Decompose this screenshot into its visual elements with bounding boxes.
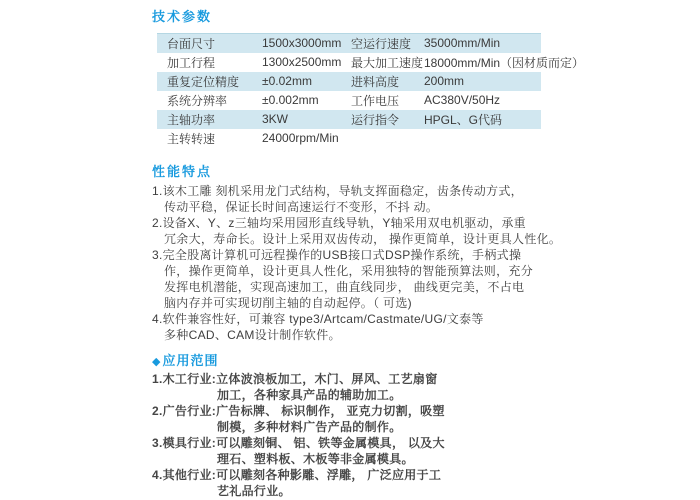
spec-value: 1500x3000mm [252, 34, 341, 53]
feature-item-line: 4.软件兼容性好，可兼容 type3/Artcam/Castmate/UG/文泰… [152, 311, 582, 327]
spec-label: 主转转速 [157, 129, 252, 148]
application-item-line: 艺礼品行业。 [152, 483, 582, 499]
feature-item-line: 脑内存并可实现切削主轴的自动起停。（ 可选) [152, 295, 582, 311]
feature-item: 1.该木工雕 刻机采用龙门式结构，导轨支挥面稳定，齿条传动方式，传动平稳，保证长… [152, 183, 582, 215]
specs-section-title: 技术参数 [152, 10, 582, 24]
applications-title-text: 应用范围 [162, 353, 218, 368]
spec-label: 系统分辨率 [157, 91, 252, 110]
features-list: 1.该木工雕 刻机采用龙门式结构，导轨支挥面稳定，齿条传动方式，传动平稳，保证长… [152, 183, 582, 343]
features-section-title: 性能特点 [152, 165, 582, 179]
application-item-line: 理石、塑料板、木板等非金属模具。 [152, 451, 582, 467]
specs-row: 主轴功率3KW运行指令HPGL、G代码 [157, 110, 541, 129]
page: 技术参数 台面尺寸1500x3000mm空运行速度35000mm/Min加工行程… [0, 0, 700, 500]
application-item: 2.广告行业:广告标牌、 标识制作， 亚克力切割，吸塑制模，多种材料广告产品的制… [152, 403, 582, 435]
application-item: 1.木工行业:立体波浪板加工，木门、屏风、工艺扇窗加工，各种家具产品的辅助加工。 [152, 371, 582, 403]
spec-label: 进料高度 [341, 72, 414, 91]
spec-value: 18000mm/Min（因材质而定） [414, 53, 541, 72]
specs-row: 重复定位精度±0.02mm进料高度200mm [157, 72, 541, 91]
feature-item: 2.设备X、Y、z三轴均采用园形直线导轨，Y轴采用双电机驱动，承重冗余大，寿命长… [152, 215, 582, 247]
specs-row: 加工行程1300x2500mm最大加工速度18000mm/Min（因材质而定） [157, 53, 541, 72]
spec-value: 24000rpm/Min [252, 129, 341, 148]
application-item: 3.模具行业:可以雕刻铜、 铝、铁等金属模具， 以及大理石、塑料板、木板等非金属… [152, 435, 582, 467]
feature-item: 4.软件兼容性好，可兼容 type3/Artcam/Castmate/UG/文泰… [152, 311, 582, 343]
spec-value [414, 129, 541, 148]
diamond-bullet-icon: ◆ [152, 356, 160, 368]
feature-item-line: 2.设备X、Y、z三轴均采用园形直线导轨，Y轴采用双电机驱动，承重 [152, 215, 582, 231]
application-item-line: 1.木工行业:立体波浪板加工，木门、屏风、工艺扇窗 [152, 371, 582, 387]
specs-row: 台面尺寸1500x3000mm空运行速度35000mm/Min [157, 34, 541, 53]
specs-row: 系统分辨率±0.002mm工作电压AC380V/50Hz [157, 91, 541, 110]
application-item-line: 4.其他行业:可以雕刻各种影雕、浮雕， 广泛应用于工 [152, 467, 582, 483]
spec-value: 200mm [414, 72, 541, 91]
application-item-line: 制模，多种材料广告产品的制作。 [152, 419, 582, 435]
feature-item-line: 作，操作更简单，设计更具人性化，采用独特的智能预算法则，充分 [152, 263, 582, 279]
feature-item-line: 多种CAD、CAM设计制作软件。 [152, 327, 582, 343]
application-item-line: 加工，各种家具产品的辅助加工。 [152, 387, 582, 403]
feature-item-line: 1.该木工雕 刻机采用龙门式结构，导轨支挥面稳定，齿条传动方式， [152, 183, 582, 199]
feature-item-line: 传动平稳，保证长时间高速运行不变形，不抖 动。 [152, 199, 582, 215]
spec-label [341, 129, 414, 148]
spec-value: 3KW [252, 110, 341, 129]
spec-label: 空运行速度 [341, 34, 414, 53]
spec-label: 主轴功率 [157, 110, 252, 129]
spec-value: ±0.002mm [252, 91, 341, 110]
spec-value: 35000mm/Min [414, 34, 541, 53]
application-item: 4.其他行业:可以雕刻各种影雕、浮雕， 广泛应用于工艺礼品行业。 [152, 467, 582, 499]
feature-item-line: 冗余大，寿命长。设计上采用双齿传动， 操作更简单，设计更具人性化。 [152, 231, 582, 247]
feature-item-line: 3.完全股离计算机可远程操作的USB接口式DSP操作系统，手柄式操 [152, 247, 582, 263]
spec-label: 最大加工速度 [341, 53, 414, 72]
specs-table: 台面尺寸1500x3000mm空运行速度35000mm/Min加工行程1300x… [157, 33, 541, 148]
content-column: 技术参数 台面尺寸1500x3000mm空运行速度35000mm/Min加工行程… [152, 10, 582, 499]
feature-item-line: 发挥电机潜能，实现高速加工，曲直线同步， 曲线更完美，不占电 [152, 279, 582, 295]
application-item-line: 2.广告行业:广告标牌、 标识制作， 亚克力切割，吸塑 [152, 403, 582, 419]
spec-label: 重复定位精度 [157, 72, 252, 91]
spec-value: AC380V/50Hz [414, 91, 541, 110]
spec-label: 加工行程 [157, 53, 252, 72]
spec-label: 运行指令 [341, 110, 414, 129]
spec-value: ±0.02mm [252, 72, 341, 91]
spec-value: 1300x2500mm [252, 53, 341, 72]
application-item-line: 3.模具行业:可以雕刻铜、 铝、铁等金属模具， 以及大 [152, 435, 582, 451]
specs-row: 主转转速24000rpm/Min [157, 129, 541, 148]
spec-value: HPGL、G代码 [414, 110, 541, 129]
spec-label: 台面尺寸 [157, 34, 252, 53]
applications-list: 1.木工行业:立体波浪板加工，木门、屏风、工艺扇窗加工，各种家具产品的辅助加工。… [152, 371, 582, 499]
applications-section-title: ◆应用范围 [152, 354, 582, 369]
feature-item: 3.完全股离计算机可远程操作的USB接口式DSP操作系统，手柄式操作，操作更简单… [152, 247, 582, 311]
spec-label: 工作电压 [341, 91, 414, 110]
